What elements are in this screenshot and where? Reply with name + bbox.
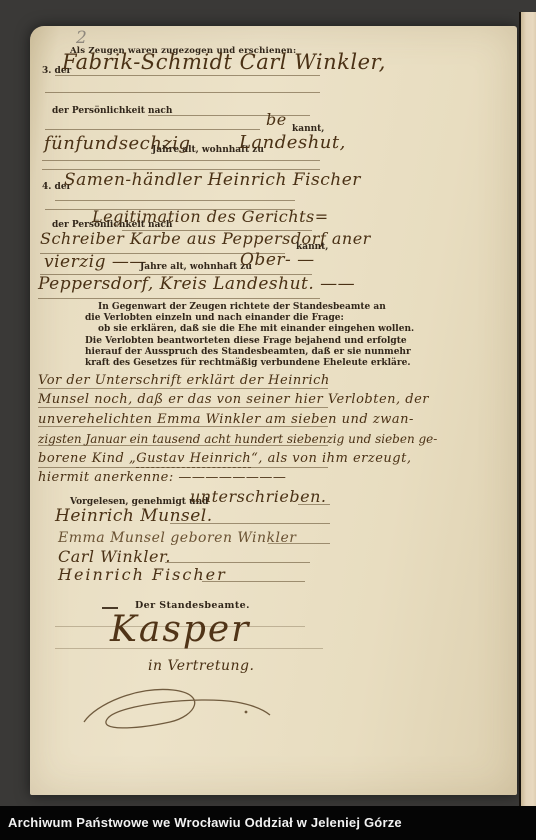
acknowledgement-line: hiermit anerkenne: ————————	[38, 470, 286, 485]
acknowledgement-line: unverehelichten Emma Winkler am sieben u…	[38, 412, 414, 427]
ruled-line	[55, 200, 295, 201]
acknowledgement-line: borene Kind „Gustav Heinrich“, als von i…	[38, 451, 411, 466]
ruled-line	[170, 523, 330, 524]
ruled-line	[298, 504, 330, 505]
archive-watermark-bar: Archiwum Państwowe we Wrocławiu Oddział …	[0, 806, 536, 840]
ruled-line	[42, 160, 320, 161]
declaration-line: kraft des Gesetzes für rechtmäßig verbun…	[85, 358, 329, 369]
page-number-pencil: 2	[76, 28, 87, 48]
witness4-identity-hand-1: Legitimation des Gerichts=	[92, 207, 329, 226]
witness4-residence-hand-2: Peppersdorf, Kreis Landeshut. ——	[38, 274, 355, 294]
ruled-line	[38, 445, 328, 446]
acknowledgement-line: Vor der Unterschrift erklärt der Heinric…	[38, 373, 330, 388]
archive-scan-viewer: { "archive_bar": { "text": "Archiwum Pań…	[0, 0, 536, 840]
acknowledgement-line5-pre: borene Kind „	[38, 451, 136, 466]
witness3-name: Fabrik-Schmidt Carl Winkler,	[62, 50, 386, 74]
witness4-age-label: Jahre alt, wohnhaft zu	[140, 262, 252, 272]
ruled-line	[55, 75, 320, 76]
declaration-line: die Verlobten einzeln und nach einander …	[85, 313, 329, 324]
registrar-signature: Kasper	[110, 609, 250, 650]
declaration-line: In Gegenwart der Zeugen richtete der Sta…	[85, 302, 329, 313]
acknowledged-child-name: Gustav Heinrich	[136, 451, 251, 468]
declaration-line: hierauf der Ausspruch des Standesbeamten…	[85, 347, 329, 358]
witness4-name: Samen-händler Heinrich Fischer	[64, 170, 361, 190]
calligraphic-flourish	[78, 682, 278, 744]
ruled-line	[45, 92, 320, 93]
ruled-line	[45, 129, 260, 130]
ruled-line	[165, 562, 310, 563]
book-fore-edge	[519, 12, 536, 808]
witness3-residence-hand: Landeshut,	[239, 132, 346, 153]
ruled-line	[202, 581, 305, 582]
witness4-age-hand: vierzig ——	[44, 252, 147, 272]
declaration-paragraph: In Gegenwart der Zeugen richtete der Sta…	[85, 302, 329, 369]
ruled-line	[38, 298, 320, 299]
acknowledgement-line: Munsel noch, daß er das von seiner hier …	[38, 392, 429, 407]
page-scan: 2 Als Zeugen waren zugezogen und erschie…	[30, 26, 517, 795]
ruled-line	[38, 388, 328, 389]
ruled-line	[268, 543, 330, 544]
witness4-residence-hand-1: Ober- —	[240, 250, 315, 270]
acknowledgement-line5-post: “, als von ihm erzeugt,	[251, 451, 411, 466]
witness3-identity-hand: be	[266, 110, 287, 129]
signature-witness3: Carl Winkler.	[58, 547, 171, 566]
registrar-deputy-note: in Vertretung.	[148, 658, 254, 674]
ruled-line	[38, 467, 328, 468]
declaration-line: Die Verlobten beantworteten diese Frage …	[85, 336, 329, 347]
signature-bride: Emma Munsel geboren Winkler	[58, 530, 297, 546]
acknowledgement-line: zigsten Januar ein tausend acht hundert …	[38, 432, 437, 446]
declaration-line: ob sie erklären, daß sie die Ehe mit ein…	[85, 324, 329, 335]
ruled-line	[38, 426, 328, 427]
ruled-line	[38, 407, 328, 408]
